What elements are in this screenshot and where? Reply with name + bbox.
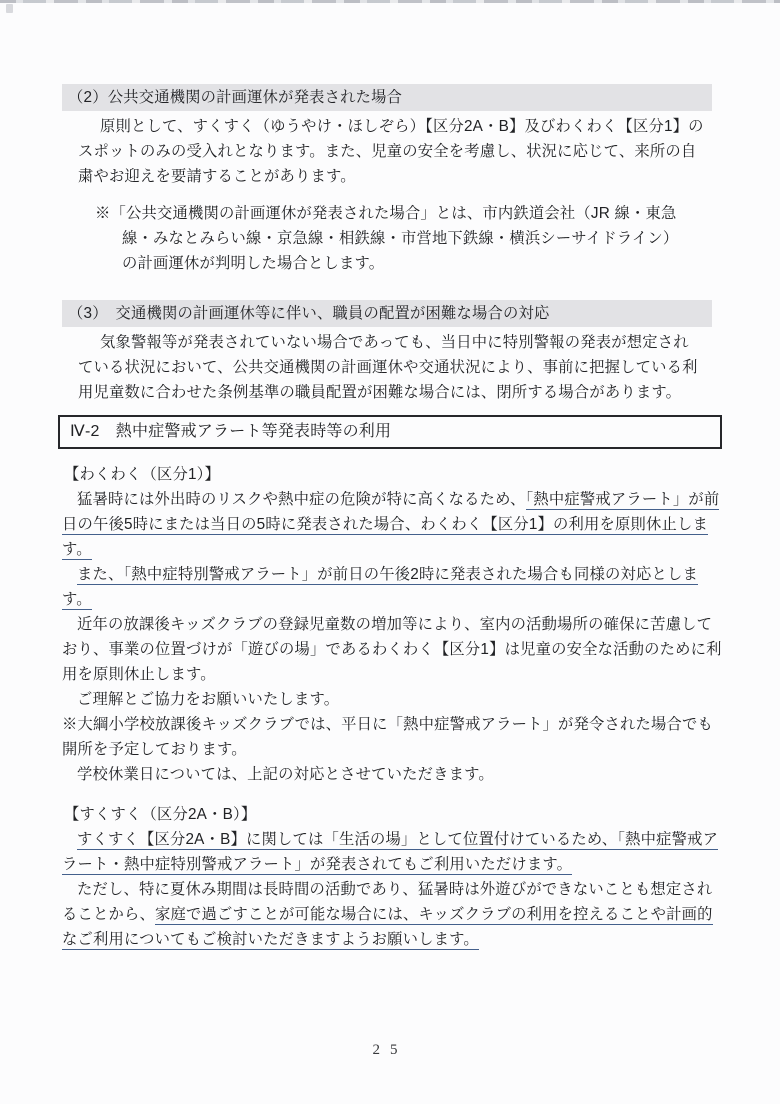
text-run: 気象警報等が発表されていない場合であっても、当日中に特別警報の発表が想定されてい…	[78, 334, 698, 401]
text-run: 近年の放課後キッズクラブの登録児童数の増加等により、室内の活動場所の確保に苦慮し…	[62, 616, 722, 683]
text-run: 猛暑時には外出時のリスクや熱中症の危険が特に高くなるため、	[77, 491, 526, 508]
text-run: 学校休業日については、上記の対応とさせていただきます。	[77, 766, 494, 783]
section-3-paragraph: 気象警報等が発表されていない場合であっても、当日中に特別警報の発表が想定されてい…	[78, 330, 704, 405]
sukusuku-paragraph-1: すくすく【区分2A・B】に関しては「生活の場」として位置付けているため、「熱中症…	[62, 827, 722, 877]
section-2-planned-suspension: （2）公共交通機関の計画運休が発表された場合 原則として、すくすく（ゆうやけ・ほ…	[62, 84, 722, 276]
wakuwaku-note: ※大綱小学校放課後キッズクラブでは、平日に「熱中症警戒アラート」が発令された場合…	[62, 712, 722, 762]
page-number: 25	[0, 1042, 780, 1059]
section-iv2-heat-alert: Ⅳ-2 熱中症警戒アラート等発表時等の利用 【わくわく（区分1）】 猛暑時には外…	[62, 415, 722, 952]
text-run: ※大綱小学校放課後キッズクラブでは、平日に「熱中症警戒アラート」が発令された場合…	[62, 716, 729, 758]
section-2-paragraph: 原則として、すくすく（ゆうやけ・ほしぞら）【区分2A・B】及びわくわく【区分1】…	[78, 114, 704, 189]
text-run: 原則として、すくすく（ゆうやけ・ほしぞら）【区分2A・B】及びわくわく【区分1】…	[78, 118, 704, 185]
section-2-heading: （2）公共交通機関の計画運休が発表された場合	[62, 84, 712, 111]
sukusuku-paragraph-2: ただし、特に夏休み期間は長時間の活動であり、猛暑時は外遊びができないことも想定さ…	[62, 877, 722, 952]
wakuwaku-paragraph-2: また、「熱中症特別警戒アラート」が前日の午後2時に発表された場合も同様の対応とし…	[62, 562, 722, 612]
section-2-note: ※「公共交通機関の計画運休が発表された場合」とは、市内鉄道会社（JR 線・東急線…	[95, 201, 692, 276]
wakuwaku-paragraph-4: ご理解とご協力をお願いいたします。	[62, 687, 722, 712]
section-iv2-title-box: Ⅳ-2 熱中症警戒アラート等発表時等の利用	[58, 415, 722, 449]
text-run: ご理解とご協力をお願いいたします。	[77, 691, 339, 708]
underlined-text: 家庭で過ごすことが可能な場合には、キッズクラブの利用を控えることや計画的なご利用…	[62, 906, 713, 950]
underlined-text: すくすく【区分2A・B】に関しては「生活の場」として位置付けているため、「熱中症…	[62, 831, 718, 875]
scan-artifact-speck	[6, 4, 13, 13]
wakuwaku-closing: 学校休業日については、上記の対応とさせていただきます。	[62, 762, 722, 787]
section-3-staff-placement: （3） 交通機関の計画運休等に伴い、職員の配置が困難な場合の対応 気象警報等が発…	[62, 300, 722, 405]
underlined-text: また、「熱中症特別警戒アラート」が前日の午後2時に発表された場合も同様の対応とし…	[62, 566, 698, 610]
wakuwaku-label: 【わくわく（区分1）】	[64, 462, 722, 487]
scanned-document-page: （2）公共交通機関の計画運休が発表された場合 原則として、すくすく（ゆうやけ・ほ…	[0, 0, 780, 1104]
text-run: ※「公共交通機関の計画運休が発表された場合」とは、市内鉄道会社（JR 線・東急線…	[95, 205, 678, 272]
scan-artifact-top-edge	[0, 0, 780, 3]
wakuwaku-paragraph-1: 猛暑時には外出時のリスクや熱中症の危険が特に高くなるため、「熱中症警戒アラート」…	[62, 487, 722, 562]
wakuwaku-paragraph-3: 近年の放課後キッズクラブの登録児童数の増加等により、室内の活動場所の確保に苦慮し…	[62, 612, 722, 687]
section-3-heading: （3） 交通機関の計画運休等に伴い、職員の配置が困難な場合の対応	[62, 300, 712, 327]
sukusuku-label: 【すくすく（区分2A・B）】	[64, 802, 722, 827]
document-content: （2）公共交通機関の計画運休が発表された場合 原則として、すくすく（ゆうやけ・ほ…	[62, 84, 722, 952]
